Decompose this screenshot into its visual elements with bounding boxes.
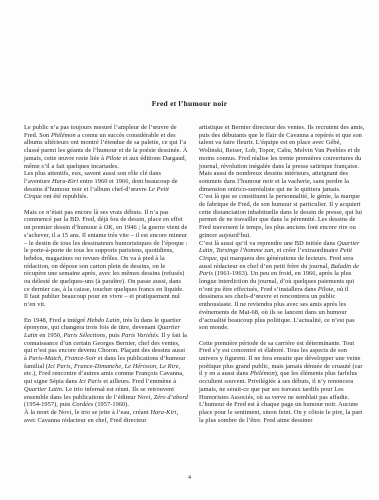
book-page: Fred et l’humour noir Le public n’a pas … <box>0 0 379 500</box>
paragraph: En 1948, Fred a intégré Hebdo Latin, trè… <box>24 317 188 409</box>
work-title: France-Dimanche <box>74 363 121 370</box>
text-segment: , puis <box>105 332 121 339</box>
paragraph: À la mort de Novi, le trio se jette à l’… <box>24 409 188 424</box>
column-right: artistique et Bernier directeur des vent… <box>199 124 365 424</box>
work-title: Paris-Match <box>29 355 62 362</box>
work-title: Tarsinge l’homme zan <box>216 247 273 254</box>
paragraph: artistique et Bernier directeur des vent… <box>199 124 365 193</box>
text-segment: , en 1946 ; la guerre vient de s’achever… <box>24 224 187 308</box>
text-columns: Le public n’a pas toujours mesuré l’ampl… <box>24 124 365 424</box>
paragraph: Cette première période de sa carrière es… <box>199 340 365 402</box>
page-title: Fred et l’humour noir <box>0 99 379 108</box>
work-title: Le Hérisson <box>125 363 157 370</box>
paragraph: Mais ce n’était pas encore là ses vrais … <box>24 209 188 309</box>
text-segment: C’est là que se constituent la personnal… <box>199 193 362 239</box>
work-title: Hara-Kiri <box>52 178 78 185</box>
paragraph: Les plus attentifs, eux, savent aussi so… <box>24 170 188 201</box>
text-segment: artistique et Bernier directeur des vent… <box>199 124 364 193</box>
work-title: Hebdo Latin <box>87 317 120 324</box>
work-title: Paris Variétés <box>121 332 158 339</box>
work-title: Philémon <box>51 132 76 139</box>
work-title: OK <box>104 224 113 231</box>
text-segment: ont été republiés. <box>42 193 88 200</box>
paragraph: C’est là que se constituent la personnal… <box>199 193 365 239</box>
column-left: Le public n’a pas toujours mesuré l’ampl… <box>24 124 188 424</box>
work-title: Ici Paris <box>48 363 71 370</box>
work-title: Philémon <box>250 370 275 377</box>
text-segment: , où il dessinera ses chefs-d’œuvre et r… <box>199 286 355 332</box>
paragraph: Le public n’a pas toujours mesuré l’ampl… <box>24 124 188 170</box>
paragraph: C’est là aussi qu’il va reprendre une BD… <box>199 240 365 332</box>
work-title: Pilote <box>106 155 121 162</box>
text-segment: (1954-1957), puis <box>24 401 72 408</box>
work-title: Pilote <box>318 286 333 293</box>
text-segment: et ailleurs. Fred l’emmène à <box>102 378 177 385</box>
text-segment: (1957-1960). <box>93 401 129 408</box>
work-title: Le Rire <box>160 363 179 370</box>
work-title: Zéro d’abord <box>154 394 188 401</box>
text-segment: C’est là aussi qu’il va reprendre une BD… <box>199 240 337 247</box>
work-title: Quartier Latin <box>24 386 62 393</box>
work-title: France-Soir <box>65 355 97 362</box>
page-number: 4 <box>0 475 379 481</box>
text-segment: À la mort de Novi, le trio se jette à l’… <box>24 409 150 416</box>
text-segment: en 1950, <box>38 332 64 339</box>
text-segment: , et créer l’extraordinaire <box>273 247 339 254</box>
work-title: Hara-Kiri <box>150 409 176 416</box>
text-segment: En 1948, Fred a intégré <box>24 317 87 324</box>
text-segment: L’humour de Fred est à chaque page un hu… <box>199 401 362 423</box>
work-title: Cordées <box>72 401 93 408</box>
work-title: Paris Sélections <box>63 332 105 339</box>
paragraph: L’humour de Fred est à chaque page un hu… <box>199 401 365 424</box>
work-title: Ici Paris <box>79 378 102 385</box>
